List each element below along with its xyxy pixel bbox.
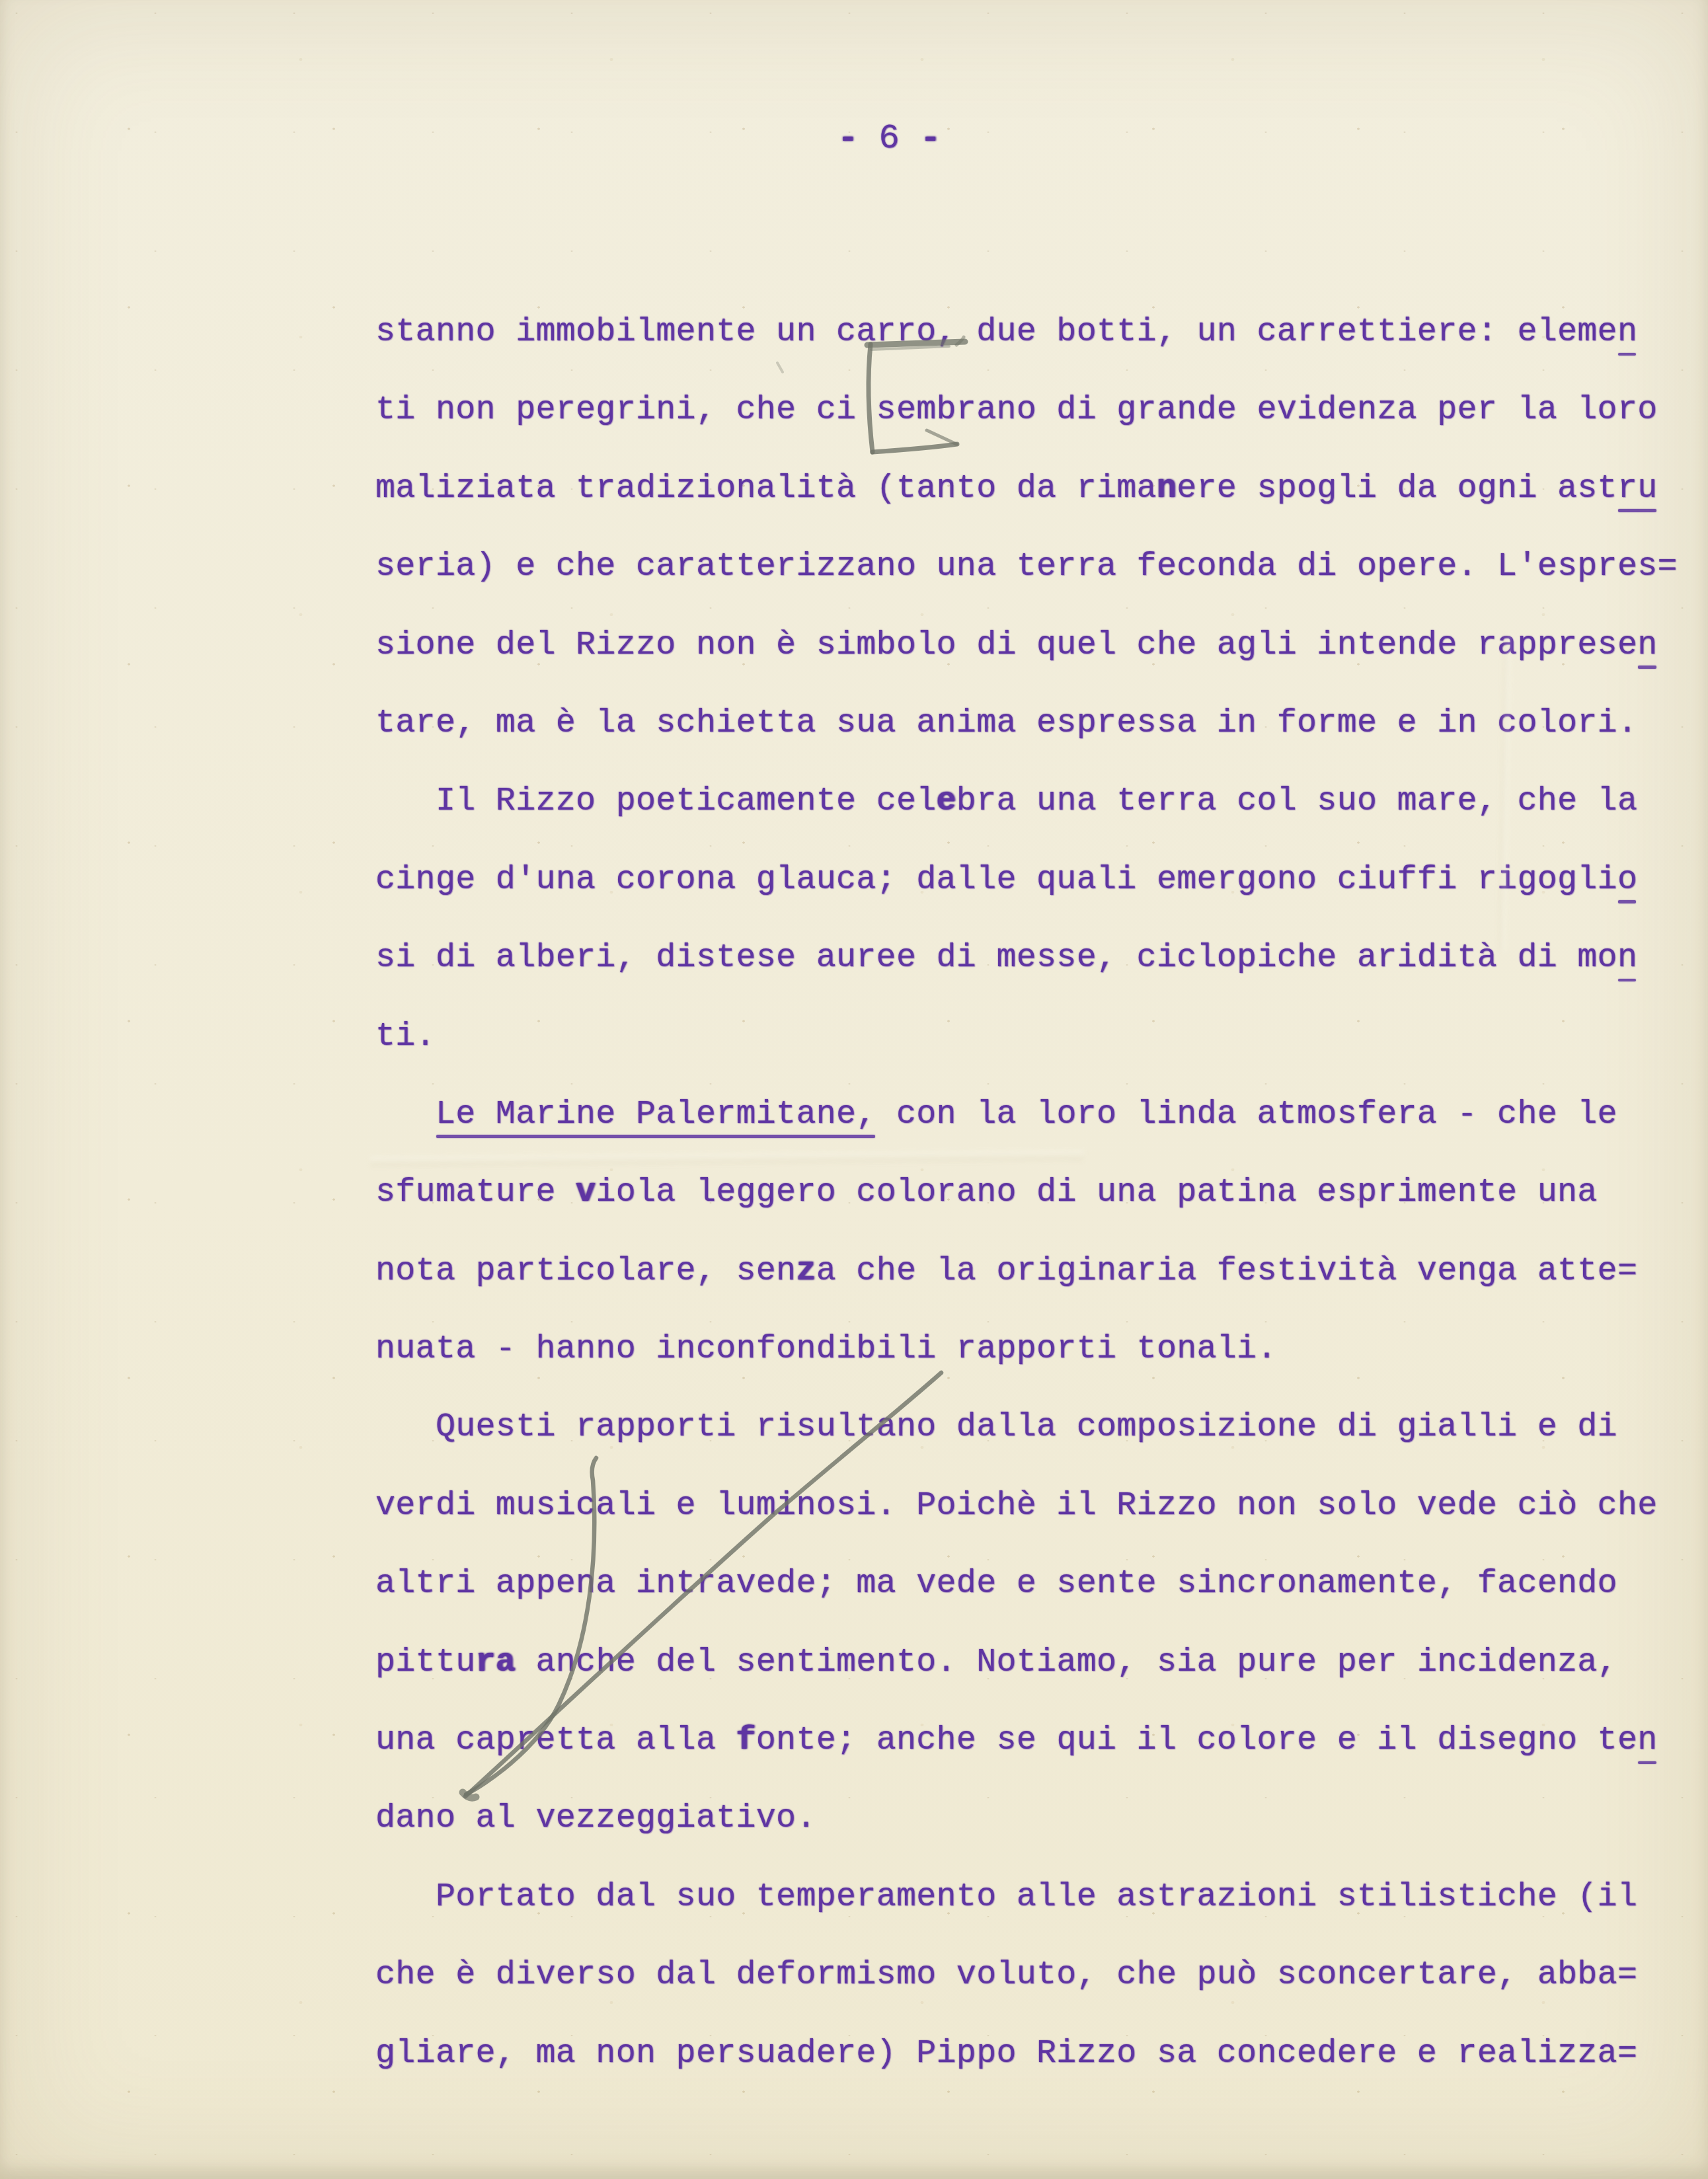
page-number-right-dash: - xyxy=(920,119,941,158)
page-number-spacer-left xyxy=(858,119,878,158)
text-segment: maliziata tradizionalità (tanto da rima xyxy=(375,470,1157,508)
text-segment: anche del sentimento. Notiamo, sia pure … xyxy=(516,1644,1617,1681)
text-segment: ti. xyxy=(375,1018,436,1055)
text-segment: Questi rapporti risultano dalla composiz… xyxy=(436,1408,1617,1446)
text-segment: iola leggero colorano di una patina espr… xyxy=(596,1174,1597,1211)
overstruck-text-segment: ra xyxy=(476,1644,516,1681)
text-line: ti non peregrini, che ci sembrano di gra… xyxy=(375,371,1678,449)
text-line: seria) e che caratterizzano una terra fe… xyxy=(375,528,1678,606)
overstruck-text-segment: n xyxy=(1157,470,1177,508)
text-segment: cinge d'una corona glauca; dalle quali e… xyxy=(375,861,1617,899)
overstruck-text-segment: v xyxy=(576,1174,596,1211)
underlined-text-segment: ru xyxy=(1617,470,1658,508)
text-segment: ere spogli da ogni ast xyxy=(1177,470,1617,508)
text-segment: una capretta alla xyxy=(375,1722,736,1759)
text-segment: stanno immobilmente un carro, due botti,… xyxy=(375,313,1617,351)
text-segment: altri appena intravede; ma vede e sente … xyxy=(375,1565,1617,1603)
text-segment: dano al vezzeggiativo. xyxy=(375,1800,816,1837)
text-line: sione del Rizzo non è simbolo di quel ch… xyxy=(375,607,1678,685)
overstruck-text-segment: f xyxy=(736,1722,756,1759)
text-line: altri appena intravede; ma vede e sente … xyxy=(375,1545,1678,1623)
overstruck-text-segment: e xyxy=(937,783,956,820)
text-line: Il Rizzo poeticamente celebra una terra … xyxy=(375,763,1678,841)
text-line: Le Marine Palermitane, con la loro linda… xyxy=(375,1076,1678,1154)
text-segment: che è diverso dal deformismo voluto, che… xyxy=(375,1956,1637,1994)
text-segment: bra una terra col suo mare, che la xyxy=(956,783,1637,820)
text-line: si di alberi, distese auree di messe, ci… xyxy=(375,919,1678,997)
text-line: pittura anche del sentimento. Notiamo, s… xyxy=(375,1624,1678,1702)
page-number-value: 6 xyxy=(878,119,899,158)
page-number: - 6 - xyxy=(837,119,941,159)
underlined-text-segment: o xyxy=(1617,861,1637,899)
text-line: nota particolare, senza che la originari… xyxy=(375,1233,1678,1311)
text-line: ti. xyxy=(375,998,1678,1076)
text-segment: Portato dal suo temperamento alle astraz… xyxy=(436,1878,1637,1916)
text-line: stanno immobilmente un carro, due botti,… xyxy=(375,293,1678,371)
text-segment: sfumature xyxy=(375,1174,576,1211)
text-segment: pittu xyxy=(375,1644,476,1681)
text-segment: con la loro linda atmosfera - che le xyxy=(876,1096,1617,1133)
underlined-text-segment: n xyxy=(1617,939,1637,977)
text-line: verdi musicali e luminosi. Poichè il Riz… xyxy=(375,1467,1678,1545)
text-line: tare, ma è la schietta sua anima espress… xyxy=(375,685,1678,763)
underlined-text-segment: n xyxy=(1617,313,1637,351)
underlined-text-segment: Le Marine Palermitane, xyxy=(436,1096,876,1133)
text-segment: gliare, ma non persuadere) Pippo Rizzo s… xyxy=(375,2035,1637,2073)
underlined-text-segment: n xyxy=(1637,627,1657,664)
underlined-text-segment: n xyxy=(1637,1722,1657,1759)
text-segment: a che la originaria festività venga atte… xyxy=(816,1252,1638,1290)
text-segment: ti non peregrini, che ci sembrano di gra… xyxy=(375,391,1658,429)
text-line: sfumature viola leggero colorano di una … xyxy=(375,1154,1678,1232)
text-line: dano al vezzeggiativo. xyxy=(375,1780,1678,1858)
text-segment: seria) e che caratterizzano una terra fe… xyxy=(375,548,1678,586)
text-line: una capretta alla fonte; anche se qui il… xyxy=(375,1702,1678,1780)
text-segment: si di alberi, distese auree di messe, ci… xyxy=(375,939,1617,977)
text-line: Portato dal suo temperamento alle astraz… xyxy=(375,1858,1678,1936)
text-segment: sione del Rizzo non è simbolo di quel ch… xyxy=(375,627,1637,664)
text-line: gliare, ma non persuadere) Pippo Rizzo s… xyxy=(375,2015,1678,2093)
text-line: Questi rapporti risultano dalla composiz… xyxy=(375,1389,1678,1467)
page-number-left-dash: - xyxy=(837,119,858,158)
text-line: nuata - hanno inconfondibili rapporti to… xyxy=(375,1311,1678,1389)
overstruck-text-segment: z xyxy=(796,1252,816,1290)
text-segment: tare, ma è la schietta sua anima espress… xyxy=(375,705,1637,742)
text-segment: nuata - hanno inconfondibili rapporti to… xyxy=(375,1330,1277,1368)
text-segment: onte; anche se qui il colore e il disegn… xyxy=(756,1722,1637,1759)
text-line: cinge d'una corona glauca; dalle quali e… xyxy=(375,841,1678,919)
typewritten-lines: stanno immobilmente un carro, due botti,… xyxy=(375,293,1678,2093)
text-line: che è diverso dal deformismo voluto, che… xyxy=(375,1936,1678,2014)
text-segment: nota particolare, sen xyxy=(375,1252,796,1290)
text-segment: Il Rizzo poeticamente cel xyxy=(436,783,937,820)
page-number-spacer-right xyxy=(900,119,920,158)
text-line: maliziata tradizionalità (tanto da riman… xyxy=(375,450,1678,528)
scanned-typewritten-page: - 6 - stanno immobilmente un carro, due … xyxy=(0,0,1708,2179)
text-segment: verdi musicali e luminosi. Poichè il Riz… xyxy=(375,1487,1658,1525)
